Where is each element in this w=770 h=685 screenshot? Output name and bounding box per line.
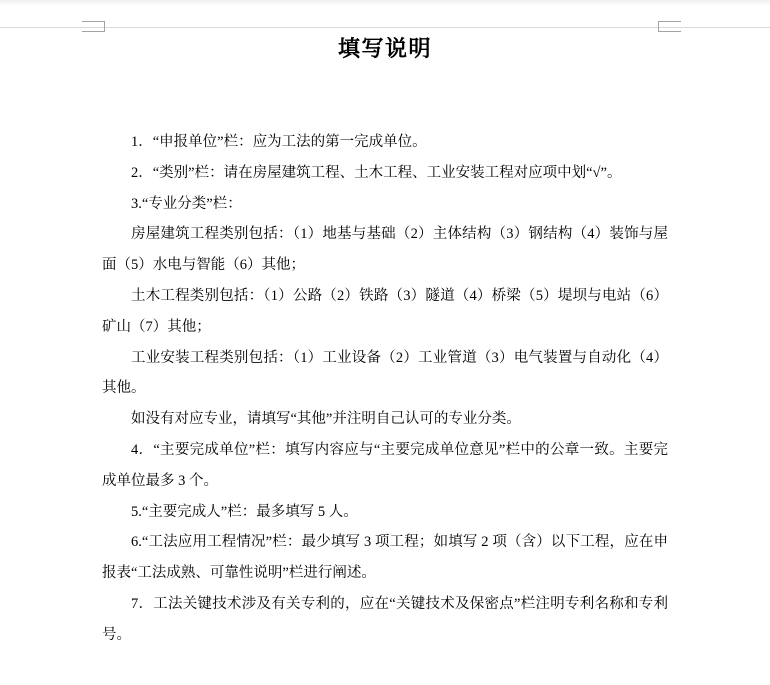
document-title[interactable]: 填写说明 [0, 35, 770, 63]
paragraph-item-2[interactable]: 2．“类别”栏：请在房屋建筑工程、土木工程、工业安装工程对应项中划“√”。 [102, 158, 668, 189]
text-boundary-mark-right-icon [658, 21, 681, 32]
paragraph-category-other-note[interactable]: 如没有对应专业，请填写“其他”并注明自己认可的专业分类。 [102, 404, 668, 435]
paragraph-category-installation[interactable]: 工业安装工程类别包括：（1）工业设备（2）工业管道（3）电气装置与自动化（4）其… [102, 343, 668, 405]
page-boundary-rule [0, 27, 770, 28]
document-body[interactable]: 1．“申报单位”栏：应为工法的第一完成单位。 2．“类别”栏：请在房屋建筑工程、… [102, 127, 668, 651]
paragraph-item-5[interactable]: 5.“主要完成人”栏：最多填写 5 人。 [102, 497, 668, 528]
text-boundary-mark-left-icon [82, 21, 105, 32]
paragraph-item-6[interactable]: 6.“工法应用工程情况”栏：最少填写 3 项工程；如填写 2 项（含）以下工程，… [102, 527, 668, 589]
paragraph-category-building[interactable]: 房屋建筑工程类别包括：（1）地基与基础（2）主体结构（3）钢结构（4）装饰与屋面… [102, 219, 668, 281]
paragraph-item-7[interactable]: 7．工法关键技术涉及有关专利的，应在“关键技术及保密点”栏注明专利名称和专利号。 [102, 589, 668, 651]
page-top-edge-shade [0, 0, 770, 5]
paragraph-item-4[interactable]: 4．“主要完成单位”栏：填写内容应与“主要完成单位意见”栏中的公章一致。主要完成… [102, 435, 668, 497]
paragraph-category-civil[interactable]: 土木工程类别包括：（1）公路（2）铁路（3）隧道（4）桥梁（5）堤坝与电站（6）… [102, 281, 668, 343]
paragraph-item-3[interactable]: 3.“专业分类”栏： [102, 189, 668, 220]
paragraph-item-1[interactable]: 1．“申报单位”栏：应为工法的第一完成单位。 [102, 127, 668, 158]
document-page: 填写说明 1．“申报单位”栏：应为工法的第一完成单位。 2．“类别”栏：请在房屋… [0, 0, 770, 685]
